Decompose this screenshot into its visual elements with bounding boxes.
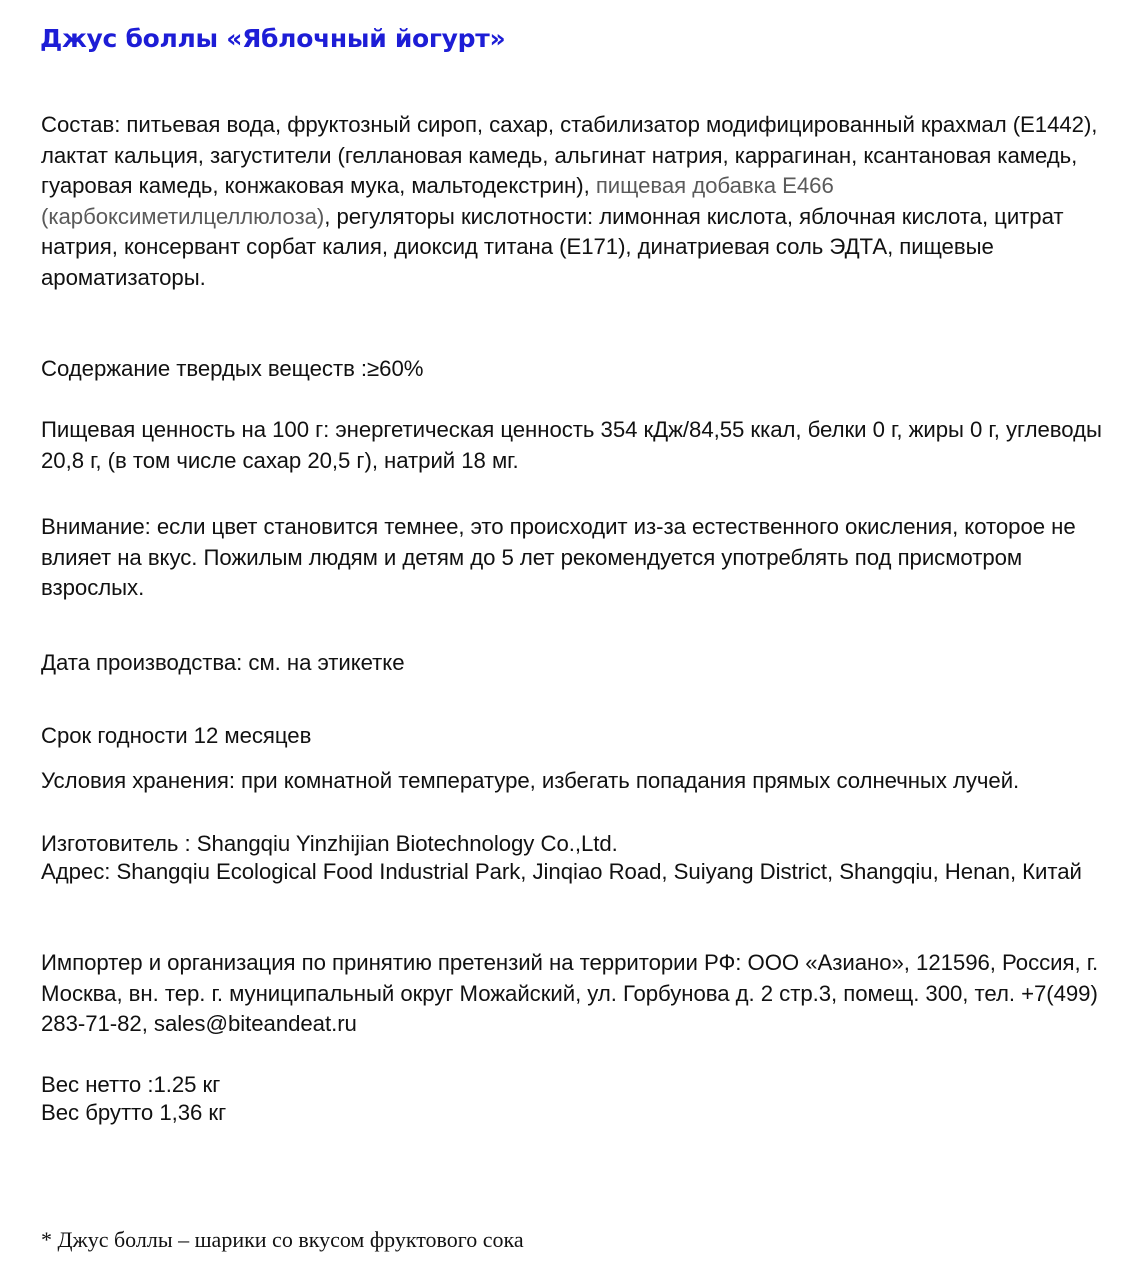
footnote: * Джус боллы – шарики со вкусом фруктово… <box>41 1227 524 1253</box>
composition-text: Состав: питьевая вода, фруктозный сироп,… <box>41 112 1097 198</box>
shelf-life: Срок годности 12 месяцев <box>41 721 1126 752</box>
nutrition-facts: Пищевая ценность на 100 г: энергетическа… <box>41 415 1126 476</box>
net-weight: Вес нетто :1.25 кг <box>41 1070 1126 1099</box>
production-date: Дата производства: см. на этикетке <box>41 648 1126 679</box>
manufacturer: Изготовитель : Shangqiu Yinzhijian Biote… <box>41 829 1126 858</box>
warning-paragraph: Внимание: если цвет становится темнее, э… <box>41 512 1126 604</box>
solids-content: Содержание твердых веществ :≥60% <box>41 354 1126 385</box>
composition-paragraph: Состав: питьевая вода, фруктозный сироп,… <box>41 110 1126 294</box>
gross-weight: Вес брутто 1,36 кг <box>41 1098 1126 1127</box>
importer-info: Импортер и организация по принятию прете… <box>41 948 1126 1040</box>
product-title: Джус боллы «Яблочный йогурт» <box>40 24 505 53</box>
storage-conditions: Условия хранения: при комнатной температ… <box>41 766 1126 797</box>
manufacturer-address: Адрес: Shangqiu Ecological Food Industri… <box>41 857 1126 886</box>
